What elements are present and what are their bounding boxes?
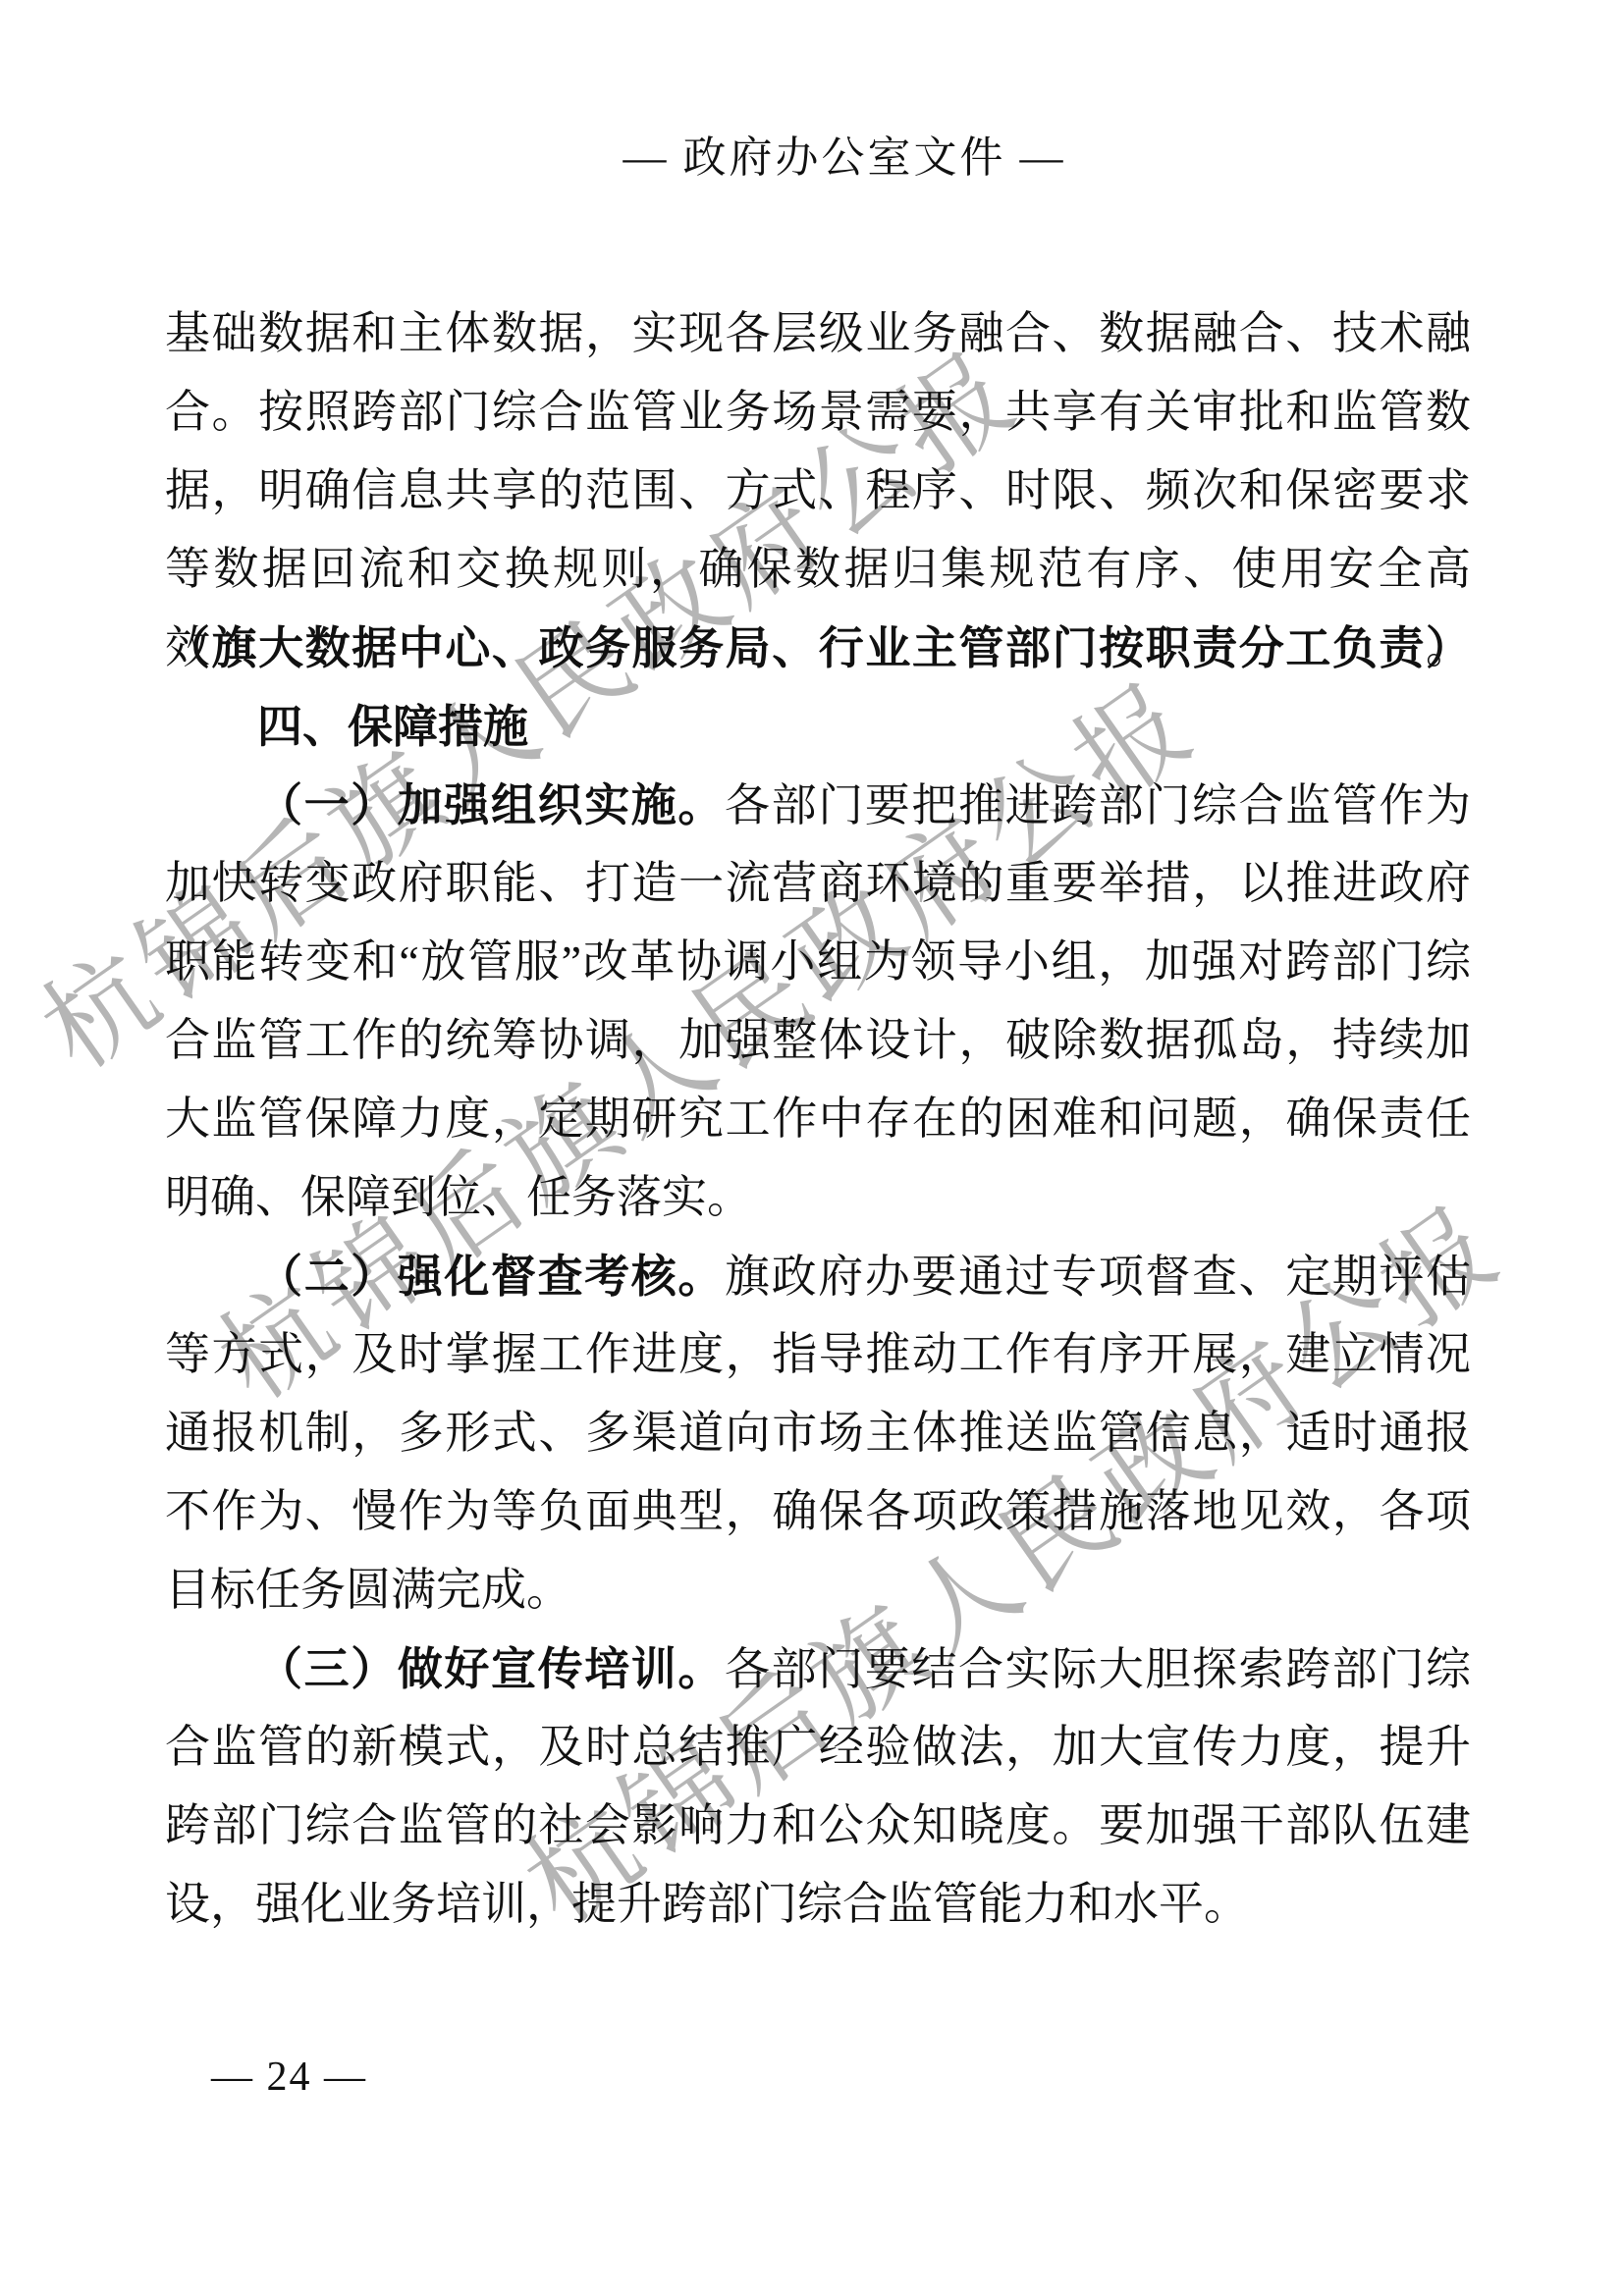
body-line-text: 不作为、慢作为等负面典型，确保各项政策措施落地见效，各项 — [165, 1486, 1471, 1536]
body-line: （二）强化督查考核。旗政府办要通过专项督查、定期评估 — [165, 1237, 1471, 1315]
document-body: 基础数据和主体数据，实现各层级业务融合、数据融合、技术融合。按照跨部门综合监管业… — [165, 294, 1471, 1944]
body-line: 等数据回流和交换规则，确保数据归集规范有序、使用安全高效。 — [165, 530, 1471, 609]
body-line: 设，强化业务培训，提升跨部门综合监管能力和水平。 — [165, 1865, 1471, 1944]
body-line-bold-lead: （一）加强组织实施。 — [257, 779, 725, 830]
body-line: 明确、保障到位、任务落实。 — [165, 1158, 1471, 1237]
body-line-text: 职能转变和“放管服”改革协调小组为领导小组，加强对跨部门综 — [165, 936, 1471, 987]
body-line: 大监管保障力度，定期研究工作中存在的困难和问题，确保责任 — [165, 1080, 1471, 1158]
body-line: 合。按照跨部门综合监管业务场景需要，共享有关审批和监管数 — [165, 373, 1471, 452]
body-line: 四、保障措施 — [165, 687, 1471, 766]
body-line-text: 基础数据和主体数据，实现各层级业务融合、数据融合、技术融 — [165, 308, 1471, 358]
body-line-text: 加快转变政府职能、打造一流营商环境的重要举措，以推进政府 — [165, 858, 1471, 908]
body-line: （三）做好宣传培训。各部门要结合实际大胆探索跨部门综 — [165, 1629, 1471, 1708]
body-line-text: 据，明确信息共享的范围、方式、程序、时限、频次和保密要求 — [165, 465, 1471, 515]
body-line-text: 通报机制，多形式、多渠道向市场主体推送监管信息，适时通报 — [165, 1408, 1471, 1458]
body-line: 等方式，及时掌握工作进度，指导推动工作有序开展，建立情况 — [165, 1315, 1471, 1394]
body-line: 加快转变政府职能、打造一流营商环境的重要举措，以推进政府 — [165, 844, 1471, 923]
body-line-bold-lead: （二）强化督查考核。 — [257, 1251, 725, 1302]
body-line: （一）加强组织实施。各部门要把推进跨部门综合监管作为 — [165, 766, 1471, 844]
body-line: 通报机制，多形式、多渠道向市场主体推送监管信息，适时通报 — [165, 1394, 1471, 1472]
body-line-text: 旗政府办要通过专项督查、定期评估 — [725, 1252, 1471, 1302]
body-line: 合监管工作的统筹协调，加强整体设计，破除数据孤岛，持续加 — [165, 1001, 1471, 1080]
body-line: 跨部门综合监管的社会影响力和公众知晓度。要加强干部队伍建 — [165, 1787, 1471, 1865]
body-line: 不作为、慢作为等负面典型，确保各项政策措施落地见效，各项 — [165, 1472, 1471, 1551]
body-line: 职能转变和“放管服”改革协调小组为领导小组，加强对跨部门综 — [165, 923, 1471, 1001]
body-line: 基础数据和主体数据，实现各层级业务融合、数据融合、技术融 — [165, 294, 1471, 373]
document-page: 杭锦后旗人民政府公报 杭锦后旗人民政府公报 杭锦后旗人民政府公报 — 政府办公室… — [0, 0, 1624, 2296]
body-line-text: 目标任务圆满完成。 — [165, 1565, 571, 1615]
body-line-text: 设，强化业务培训，提升跨部门综合监管能力和水平。 — [165, 1879, 1249, 1929]
body-line-bold-lead: （旗大数据中心、政务服务局、行业主管部门按职责分工负责） — [165, 622, 1471, 673]
body-line-text: 大监管保障力度，定期研究工作中存在的困难和问题，确保责任 — [165, 1094, 1471, 1144]
body-line: 目标任务圆满完成。 — [165, 1551, 1471, 1629]
body-line: 合监管的新模式，及时总结推广经验做法，加大宣传力度，提升 — [165, 1708, 1471, 1787]
body-line-text: 合监管的新模式，及时总结推广经验做法，加大宣传力度，提升 — [165, 1722, 1471, 1772]
document-header-title: — 政府办公室文件 — — [623, 122, 1066, 185]
body-line-text: 等方式，及时掌握工作进度，指导推动工作有序开展，建立情况 — [165, 1329, 1471, 1379]
body-line-text: 合监管工作的统筹协调，加强整体设计，破除数据孤岛，持续加 — [165, 1015, 1471, 1065]
body-line-text: 各部门要结合实际大胆探索跨部门综 — [725, 1644, 1471, 1694]
body-line-text: 跨部门综合监管的社会影响力和公众知晓度。要加强干部队伍建 — [165, 1800, 1471, 1850]
body-line: （旗大数据中心、政务服务局、行业主管部门按职责分工负责） — [165, 609, 1471, 687]
body-line-bold-lead: 四、保障措施 — [257, 701, 528, 752]
body-line-text: 明确、保障到位、任务落实。 — [165, 1172, 752, 1222]
body-line-text: 合。按照跨部门综合监管业务场景需要，共享有关审批和监管数 — [165, 387, 1471, 437]
body-line-bold-lead: （三）做好宣传培训。 — [257, 1643, 725, 1694]
body-line: 据，明确信息共享的范围、方式、程序、时限、频次和保密要求 — [165, 452, 1471, 530]
page-number: — 24 — — [211, 2054, 367, 2101]
body-line-text: 各部门要把推进跨部门综合监管作为 — [725, 780, 1471, 830]
